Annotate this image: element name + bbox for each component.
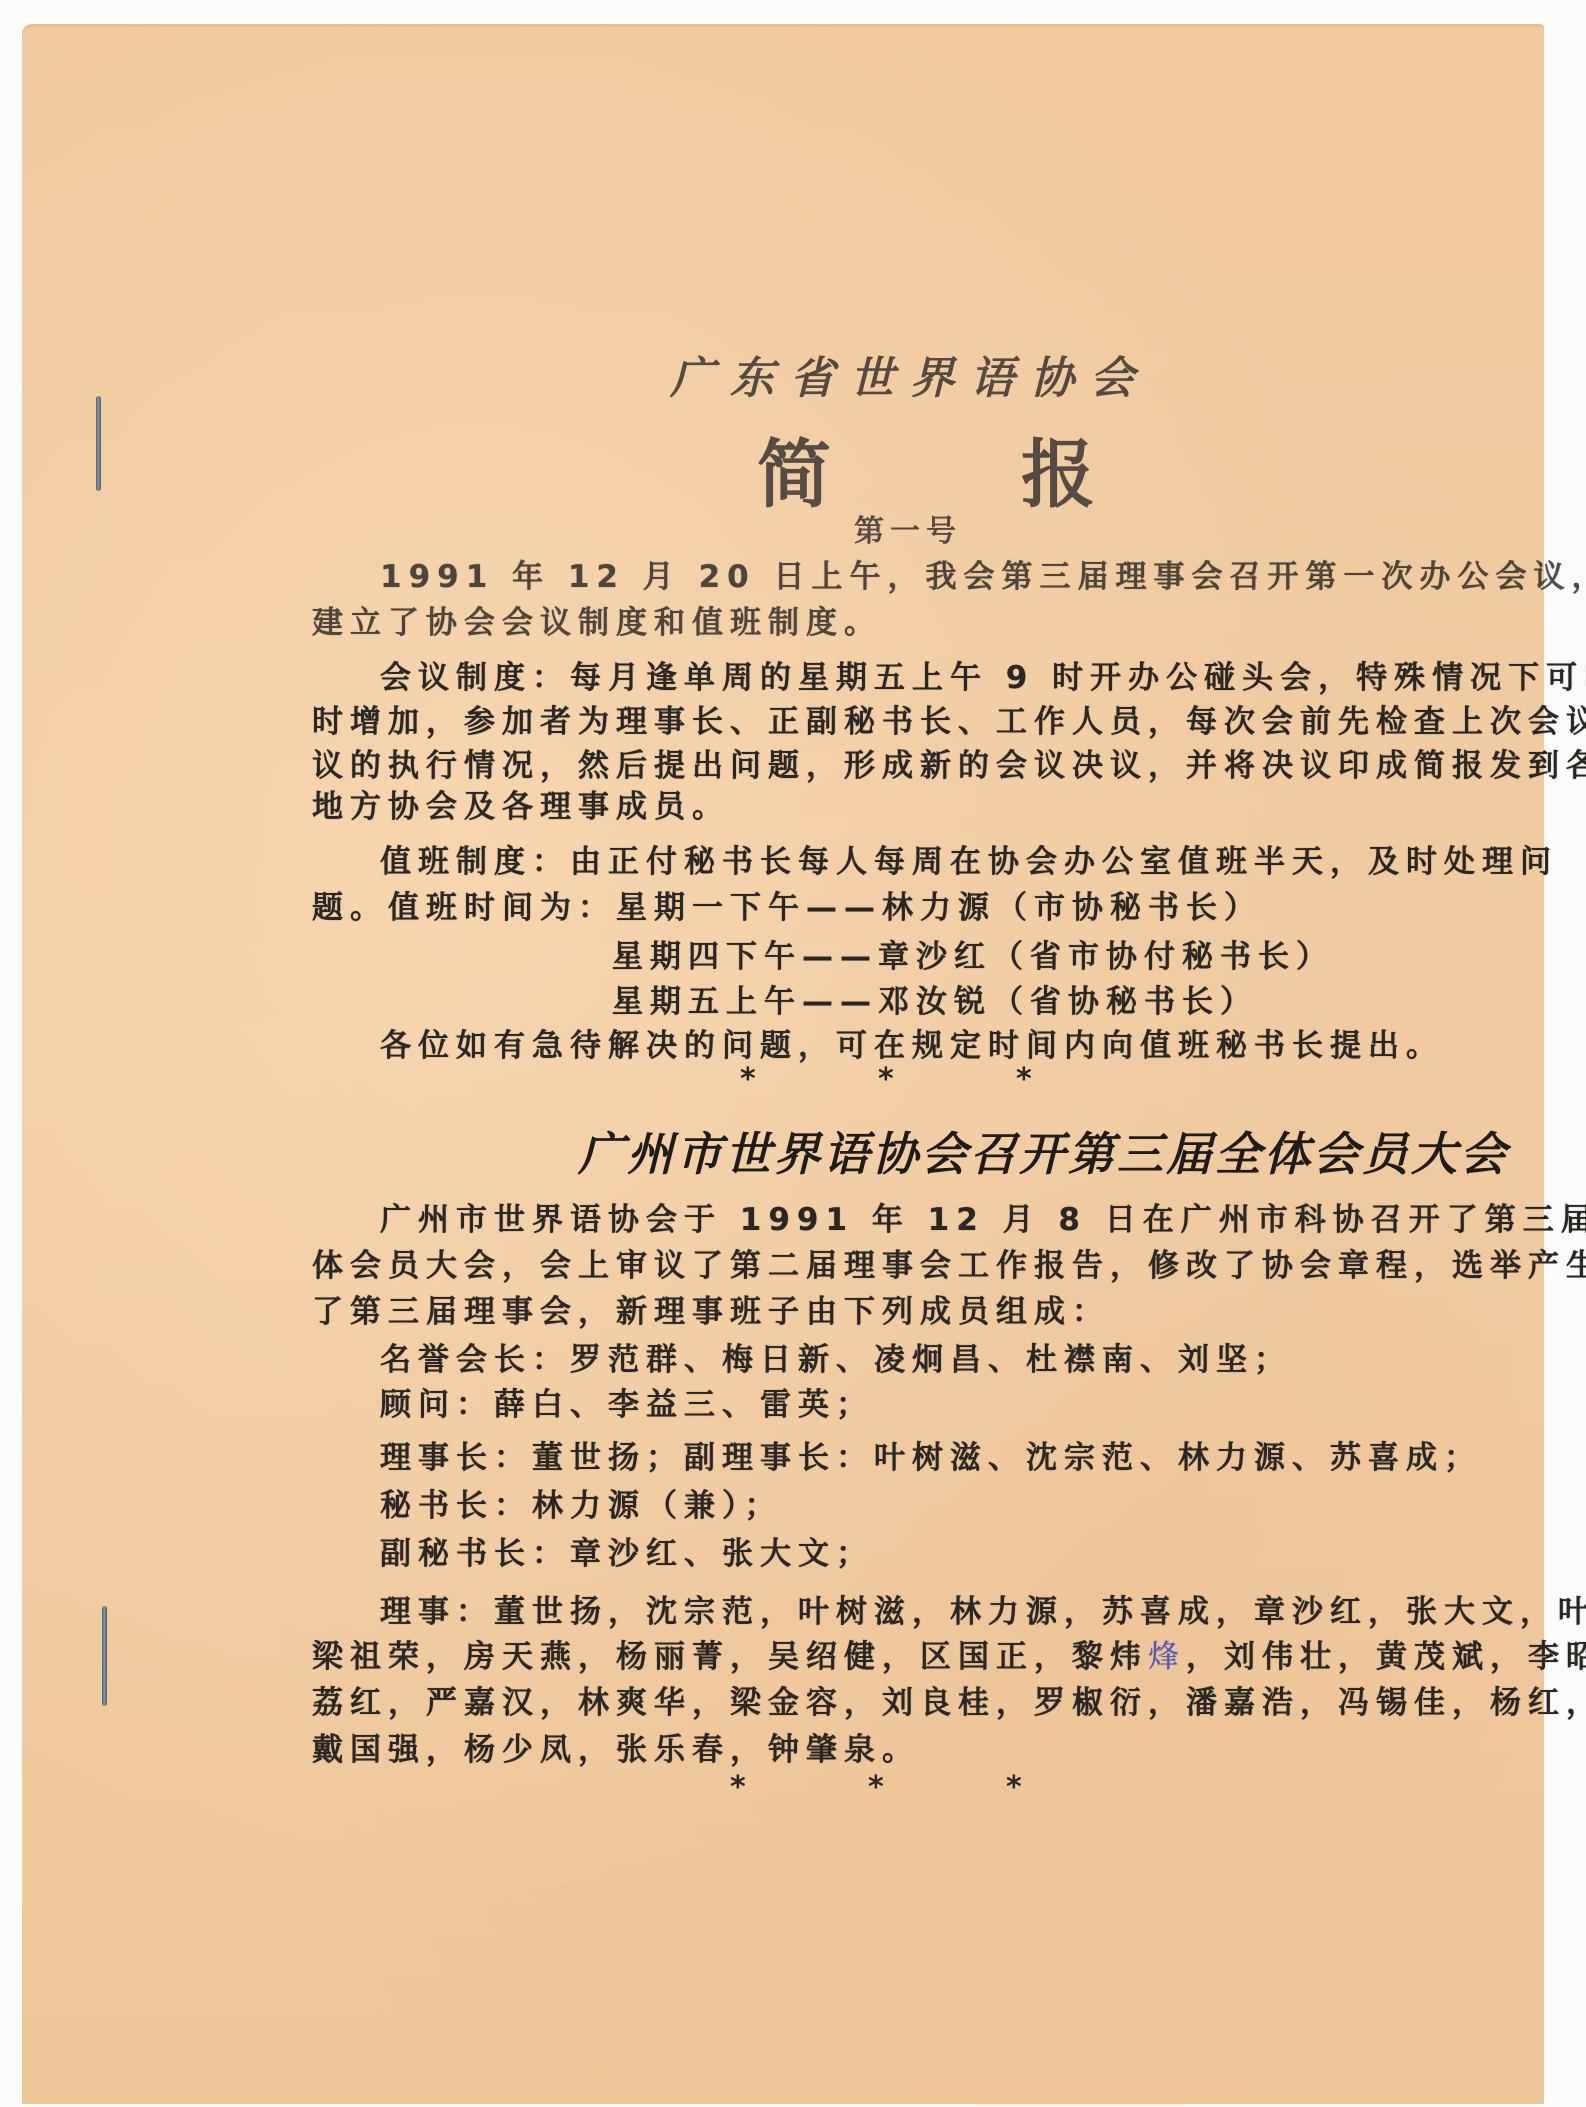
staple <box>96 396 101 491</box>
organization-name: 广东省世界语协会 <box>670 342 1150 406</box>
paragraph-line: 议的执行情况，然后提出问题，形成新的会议决议，并将决议印成简报发到各 <box>312 740 1586 785</box>
directors-line: 戴国强，杨少凤，张乐春，钟肇泉。 <box>312 1724 920 1769</box>
paragraph-line: 题。值班时间为：星期一下午——林力源（市协秘书长） <box>312 882 1262 927</box>
paragraph-line: 会议制度：每月逢单周的星期五上午 9 时开办公碰头会，特殊情况下可临 <box>380 652 1586 697</box>
directors-line: 理事：董世扬，沈宗范，叶树滋，林力源，苏喜成，章沙红，张大文，叶佩学， <box>380 1586 1586 1631</box>
duty-schedule-row: 星期四下午——章沙红（省市协付秘书长） <box>612 931 1334 976</box>
section-title: 广州市世界语协会召开第三届全体会员大会 <box>578 1118 1509 1184</box>
bulletin-title: 简报 <box>757 416 1285 522</box>
paragraph-line: 广州市世界语协会于 1991 年 12 月 8 日在广州市科协召开了第三届全 <box>380 1194 1586 1239</box>
duty-schedule-row: 星期五上午——邓汝锐（省协秘书长） <box>612 976 1258 1021</box>
role-line: 副秘书长：章沙红、张大文； <box>380 1528 874 1573</box>
paragraph-line: 值班制度：由正付秘书长每人每周在协会办公室值班半天，及时处理问 <box>380 836 1558 881</box>
paragraph-line: 建立了协会会议制度和值班制度。 <box>312 597 882 642</box>
role-line: 理事长：董世扬；副理事长：叶树滋、沈宗范、林力源、苏喜成； <box>380 1432 1482 1477</box>
paragraph-line: 时增加，参加者为理事长、正副秘书长、工作人员，每次会前先检查上次会议决 <box>312 696 1586 741</box>
directors-line: 荔红，严嘉汉，林爽华，梁金容，刘良桂，罗椒衍，潘嘉浩，冯锡佳，杨红，林仲芳， <box>312 1677 1586 1722</box>
directors-line: 梁祖荣，房天燕，杨丽菁，吴绍健，区国正，黎炜烽，刘伟壮，黄茂斌，李昭淳，褚 <box>312 1631 1586 1676</box>
document-page: 广东省世界语协会 简报 第一号 1991 年 12 月 20 日上午，我会第三届… <box>22 24 1544 2104</box>
staple <box>102 1606 107 1706</box>
role-line: 秘书长：林力源（兼）； <box>380 1480 783 1525</box>
role-line: 名誉会长：罗范群、梅日新、凌炯昌、杜襟南、刘坚； <box>380 1334 1292 1379</box>
issue-number: 第一号 <box>854 506 962 550</box>
paragraph-line: 1991 年 12 月 20 日上午，我会第三届理事会召开第一次办公会议，会上 <box>380 551 1586 596</box>
role-line: 顾问：薛白、李益三、雷英； <box>380 1379 874 1424</box>
handwritten-correction: 烽 <box>1148 1639 1186 1675</box>
paragraph-line: 体会员大会，会上审议了第二届理事会工作报告，修改了协会章程，选举产生 <box>312 1240 1586 1285</box>
paragraph-line: 各位如有急待解决的问题，可在规定时间内向值班秘书长提出。 <box>380 1020 1444 1065</box>
paragraph-line: 地方协会及各理事成员。 <box>312 781 730 826</box>
paragraph-line: 了第三届理事会，新理事班子由下列成员组成： <box>312 1286 1110 1331</box>
